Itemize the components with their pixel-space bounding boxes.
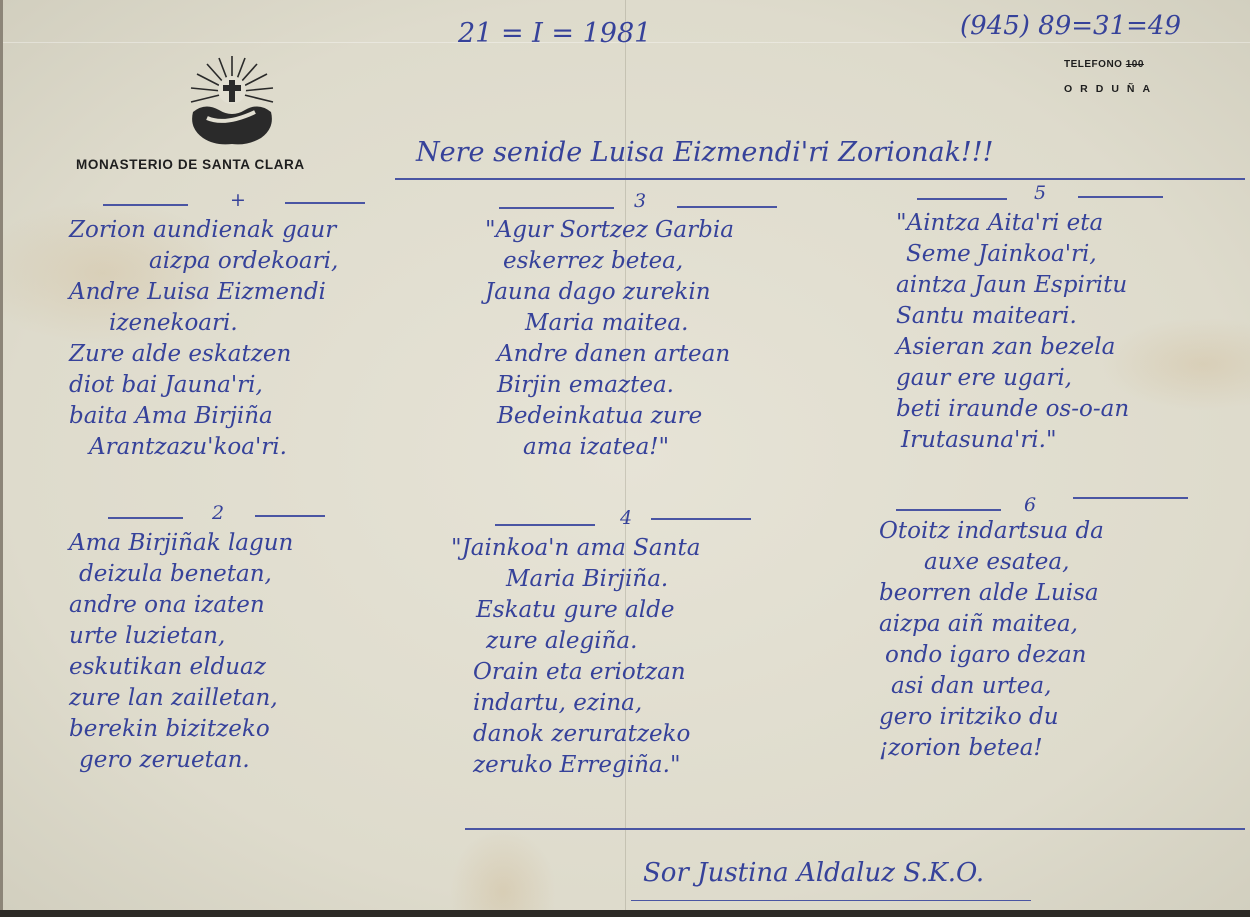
scan-bottom-edge bbox=[0, 910, 1250, 917]
verse-line: Seme Jainkoa'ri, bbox=[896, 239, 1129, 270]
verse-line: Arantzazu'koa'ri. bbox=[69, 432, 338, 463]
divider-rule bbox=[917, 198, 1007, 200]
divider-rule bbox=[108, 517, 183, 519]
verse-line: gero iritziko du bbox=[879, 702, 1104, 733]
verse-line: Eskatu gure alde bbox=[451, 595, 700, 626]
verse-line: Maria maitea. bbox=[485, 308, 734, 339]
verse-line: Bedeinkatua zure bbox=[485, 401, 734, 432]
divider-rule bbox=[255, 515, 325, 517]
verse-line: Asieran zan bezela bbox=[896, 332, 1129, 363]
verse-number: 3 bbox=[625, 190, 655, 212]
verse-line: asi dan urtea, bbox=[879, 671, 1104, 702]
letter-paper: MONASTERIO DE SANTA CLARA TELEFONO 100 O… bbox=[0, 0, 1250, 910]
verse-line: Santu maiteari. bbox=[896, 301, 1129, 332]
verse-number: 4 bbox=[611, 507, 641, 529]
verse-line: zure lan zailletan, bbox=[69, 683, 293, 714]
organization-name: MONASTERIO DE SANTA CLARA bbox=[76, 157, 305, 172]
verse-line: aizpa ordekoari, bbox=[69, 246, 338, 277]
verse-line: aizpa aiñ maitea, bbox=[879, 609, 1104, 640]
verse-line: "Agur Sortzez Garbia bbox=[485, 215, 734, 246]
printed-phone-label: TELEFONO 100 bbox=[1064, 59, 1144, 70]
verse-line: danok zeruratzeko bbox=[451, 719, 700, 750]
divider-rule bbox=[896, 509, 1001, 511]
verse-line: diot bai Jauna'ri, bbox=[69, 370, 338, 401]
verse-line: deizula benetan, bbox=[69, 559, 293, 590]
verse-line: indartu, ezina, bbox=[451, 688, 700, 719]
verse-1: Zorion aundienak gaur aizpa ordekoari, A… bbox=[69, 215, 338, 463]
verse-3: "Agur Sortzez Garbia eskerrez betea, Jau… bbox=[485, 215, 734, 463]
verse-line: Maria Birjiña. bbox=[451, 564, 700, 595]
signature-separator-line bbox=[465, 828, 1245, 830]
verse-line: Birjin emaztea. bbox=[485, 370, 734, 401]
verse-line: baita Ama Birjiña bbox=[69, 401, 338, 432]
verse-line: ¡zorion betea! bbox=[879, 733, 1104, 764]
verse-line: aintza Jaun Espiritu bbox=[896, 270, 1129, 301]
verse-line: gero zeruetan. bbox=[69, 745, 293, 776]
signature-underline bbox=[631, 900, 1031, 901]
verse-line: Andre danen artean bbox=[485, 339, 734, 370]
greeting-underline bbox=[395, 178, 1245, 180]
verse-line: eskutikan elduaz bbox=[69, 652, 293, 683]
verse-line: auxe esatea, bbox=[879, 547, 1104, 578]
divider-rule bbox=[651, 518, 751, 520]
verse-line: zure alegiña. bbox=[451, 626, 700, 657]
handwritten-phone: (945) 89=31=49 bbox=[960, 11, 1181, 41]
verse-4: "Jainkoa'n ama Santa Maria Birjiña. Eska… bbox=[451, 533, 700, 781]
verse-line: Andre Luisa Eizmendi bbox=[69, 277, 338, 308]
verse-number: 2 bbox=[203, 502, 233, 524]
verse-line: "Jainkoa'n ama Santa bbox=[451, 533, 700, 564]
verse-number: 6 bbox=[1015, 494, 1045, 516]
divider-rule bbox=[677, 206, 777, 208]
signature: Sor Justina Aldaluz S.K.O. bbox=[643, 858, 984, 888]
verse-number: 5 bbox=[1025, 182, 1055, 204]
verse-line: gaur ere ugari, bbox=[896, 363, 1129, 394]
verse-line: Zure alde eskatzen bbox=[69, 339, 338, 370]
verse-6: Otoitz indartsua da auxe esatea, beorren… bbox=[879, 516, 1104, 764]
divider-rule bbox=[285, 202, 365, 204]
verse-line: andre ona izaten bbox=[69, 590, 293, 621]
verse-line: eskerrez betea, bbox=[485, 246, 734, 277]
divider-rule bbox=[1078, 196, 1163, 198]
divider-rule bbox=[1073, 497, 1188, 499]
verse-line: beorren alde Luisa bbox=[879, 578, 1104, 609]
phone-label-text: TELEFONO bbox=[1064, 59, 1122, 70]
divider-rule bbox=[495, 524, 595, 526]
divider-rule bbox=[499, 207, 614, 209]
verse-line: berekin bizitzeko bbox=[69, 714, 293, 745]
verse-line: Ama Birjiñak lagun bbox=[69, 528, 293, 559]
city-name: ORDUÑA bbox=[1064, 83, 1158, 95]
verse-line: ondo igaro dezan bbox=[879, 640, 1104, 671]
verse-2: Ama Birjiñak lagun deizula benetan, andr… bbox=[69, 528, 293, 776]
phone-number-struck: 100 bbox=[1126, 59, 1144, 70]
monstrance-cross-emblem-icon bbox=[185, 52, 279, 148]
verse-line: Zorion aundienak gaur bbox=[69, 215, 338, 246]
handwritten-date: 21 = I = 1981 bbox=[458, 18, 651, 49]
verse-line: izenekoari. bbox=[69, 308, 338, 339]
divider-rule bbox=[103, 204, 188, 206]
verse-line: Jauna dago zurekin bbox=[485, 277, 734, 308]
verse-line: Irutasuna'ri." bbox=[896, 425, 1129, 456]
verse-line: zeruko Erregiña." bbox=[451, 750, 700, 781]
verse-line: Otoitz indartsua da bbox=[879, 516, 1104, 547]
verse-line: ama izatea!" bbox=[485, 432, 734, 463]
greeting-line: Nere senide Luisa Eizmendi'ri Zorionak!!… bbox=[416, 137, 993, 168]
verse-5: "Aintza Aita'ri eta Seme Jainkoa'ri, ain… bbox=[896, 208, 1129, 456]
verse-line: urte luzietan, bbox=[69, 621, 293, 652]
verse-line: beti iraunde os-o-an bbox=[896, 394, 1129, 425]
verse-line: Orain eta eriotzan bbox=[451, 657, 700, 688]
verse-number: + bbox=[223, 189, 253, 211]
verse-line: "Aintza Aita'ri eta bbox=[896, 208, 1129, 239]
